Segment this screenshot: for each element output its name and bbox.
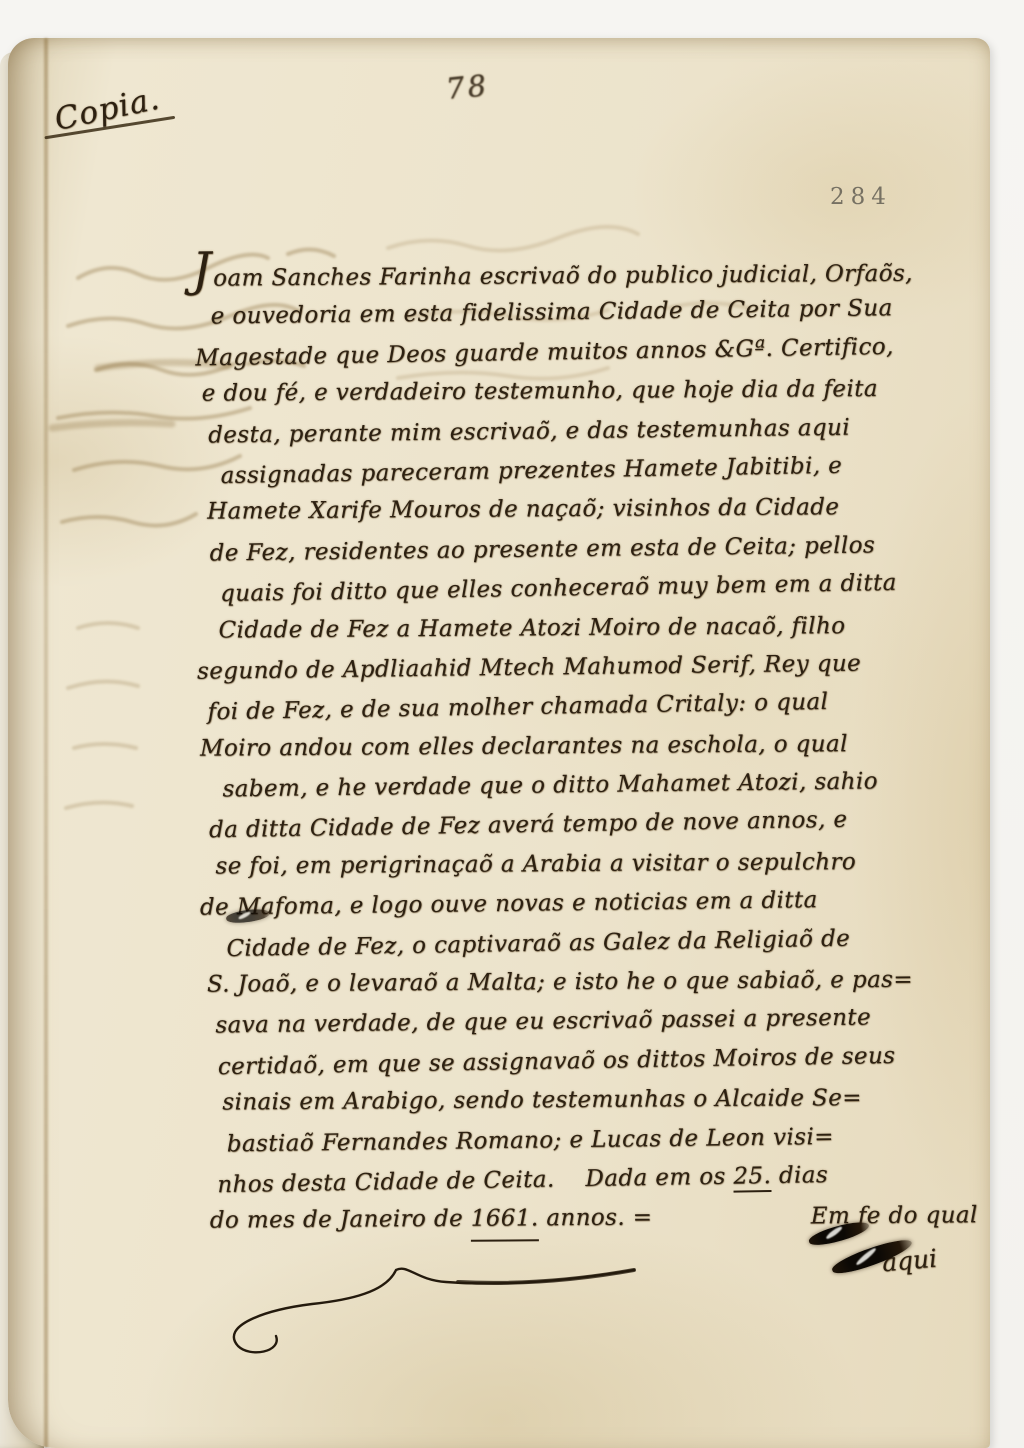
closing-date-post: dias bbox=[771, 1162, 828, 1189]
closing-year-pre: do mes de Janeiro de bbox=[210, 1200, 471, 1241]
signature-flourish bbox=[198, 1240, 658, 1374]
closing-date-pre: nhos desta Cidade de Ceita. Dada em os bbox=[217, 1164, 734, 1199]
copy-annotation: Copia. bbox=[51, 78, 174, 139]
binding-fold bbox=[44, 38, 48, 1448]
manuscript-line: Moiro andou com elles declarantes na esc… bbox=[200, 724, 966, 769]
manuscript-line: Hamete Xarife Mouros de naçaõ; visinhos … bbox=[207, 488, 963, 533]
manuscript-line: Cidade de Fez a Hamete Atozi Moiro de na… bbox=[218, 606, 964, 651]
closing-day-underlined: 25. bbox=[733, 1163, 771, 1193]
closing-year-post: annos. = bbox=[538, 1199, 652, 1239]
scan-background: { "palette": { "paper_color": "#ece3cb",… bbox=[0, 0, 1024, 1448]
manuscript-page: Copia. 78 284 bbox=[8, 38, 990, 1448]
manuscript-text: Joam Sanches Farinha escrivaõ do publico… bbox=[192, 249, 972, 1243]
bleedthrough-text bbox=[48, 598, 208, 858]
manuscript-line: se foi, em perigrinaçaõ a Arabia a visit… bbox=[215, 842, 967, 887]
manuscript-line: Joam Sanches Farinha escrivaõ do publico… bbox=[192, 251, 960, 296]
manuscript-line: e dou fé, e verdadeiro testemunho, que h… bbox=[202, 369, 962, 414]
folio-mark: 78 bbox=[444, 68, 490, 106]
closing-year-underlined: 1661. bbox=[471, 1200, 539, 1243]
manuscript-line: S. Joaõ, e o levaraõ a Malta; e isto he … bbox=[207, 960, 969, 1005]
page-number-stamp: 284 bbox=[830, 184, 892, 210]
manuscript-line: sinais em Arabigo, sendo testemunhas o A… bbox=[222, 1078, 970, 1123]
